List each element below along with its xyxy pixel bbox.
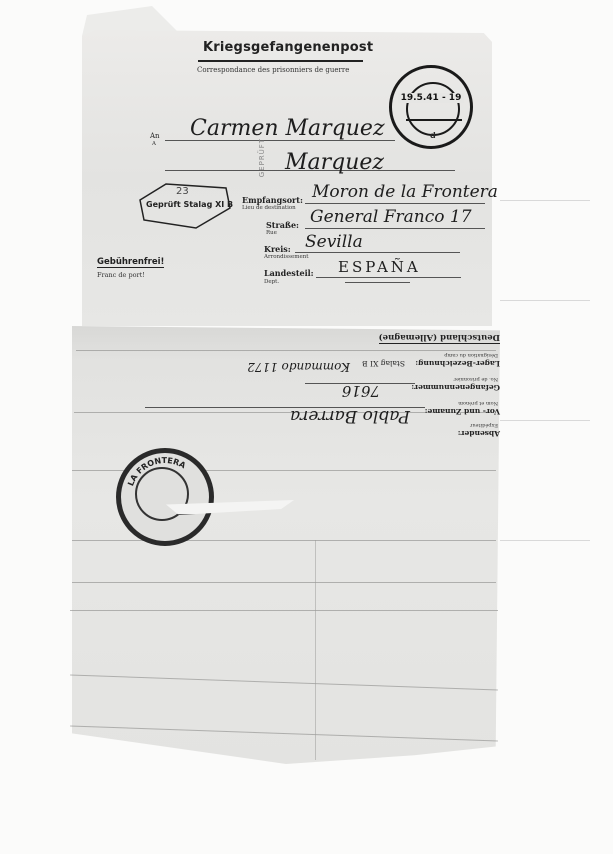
censor-stamp: 23 Geprüft Stalag XI B — [136, 182, 232, 230]
street-label: Straße: — [266, 220, 299, 230]
postmark-letter: d — [430, 131, 436, 140]
country-line — [316, 277, 461, 278]
camp-handwritten: Kommando 1172 — [247, 360, 350, 374]
svg-text:LA FRONTERA: LA FRONTERA — [126, 456, 188, 487]
censor-text: Geprüft Stalag XI B — [146, 200, 233, 209]
destination-label: Empfangsort: — [242, 195, 303, 205]
fold-line — [70, 610, 498, 611]
censor-number: 23 — [176, 186, 189, 197]
scan-ghost — [500, 300, 590, 301]
sender-name-label: Vor- und Zuname: — [425, 407, 500, 416]
prisoner-number-sublabel: No. de prisonnier — [454, 376, 498, 382]
vertical-censor-stamp: GEPRÜFT — [258, 138, 266, 177]
street-line — [305, 228, 485, 229]
country-label: Landesteil: — [264, 268, 314, 278]
scan-ghost — [500, 540, 590, 541]
an-sublabel: A — [152, 141, 156, 147]
title-underline — [198, 60, 363, 62]
recipient-name-handwritten: Carmen Marquez — [190, 116, 385, 141]
fold-line — [72, 582, 496, 583]
sender-sublabel: Expéditeur — [470, 422, 498, 428]
destination-value: Moron de la Frontera — [312, 182, 498, 202]
an-label: An — [150, 132, 160, 140]
prisoner-number-value: 7616 — [342, 382, 380, 400]
district-label: Kreis: — [264, 244, 291, 254]
spanish-postmark: LA FRONTERA — [116, 448, 214, 546]
street-sublabel: Rue — [266, 230, 277, 236]
destination-line — [305, 203, 485, 204]
postmark-bar — [406, 119, 462, 121]
camp-label: Lager-Bezeichnung: — [415, 359, 500, 368]
destination-sublabel: Lieu de destination — [242, 205, 296, 211]
district-sublabel: Arrondissement — [264, 254, 309, 260]
sender-name-sublabel: Nom et prénom — [458, 400, 498, 406]
sender-section-inverted: Absender: Expéditeur Vor- und Zuname: No… — [140, 330, 500, 440]
scan-ghost — [500, 200, 590, 201]
fee-label: Gebührenfrei! — [97, 257, 164, 268]
street-value: General Franco 17 — [310, 207, 472, 227]
fold-line — [315, 540, 316, 760]
prisoner-number-label: Gefangenennummer: — [411, 383, 500, 392]
sender-label: Absender: — [458, 429, 500, 438]
fee-sublabel: Franc de port! — [97, 271, 145, 279]
country-sublabel: Dept. — [264, 279, 279, 285]
camp-sublabel: Désignation du camp — [444, 352, 498, 358]
document-title: Kriegsgefangenenpost — [203, 40, 373, 55]
recipient-surname-handwritten: Marquez — [285, 150, 384, 175]
district-line — [295, 252, 460, 253]
postmark-ring-text: LA FRONTERA — [121, 453, 209, 541]
scan-ghost — [500, 420, 590, 421]
sender-country: Deutschland (Allemagne) — [379, 332, 500, 344]
district-value: Sevilla — [305, 232, 363, 252]
document-subtitle: Correspondance des prisonniers de guerre — [197, 66, 349, 74]
postmark-stamp: 19.5.41 - 19 d — [389, 65, 473, 149]
postmark-inner-ring — [406, 82, 460, 136]
sender-name-value: Pablo Barrera — [290, 406, 410, 426]
country-underline — [345, 282, 410, 283]
camp-value: Stalag XI B — [362, 359, 405, 368]
country-value: ESPAÑA — [338, 258, 421, 276]
postmark-date: 19.5.41 - 19 — [398, 93, 464, 103]
